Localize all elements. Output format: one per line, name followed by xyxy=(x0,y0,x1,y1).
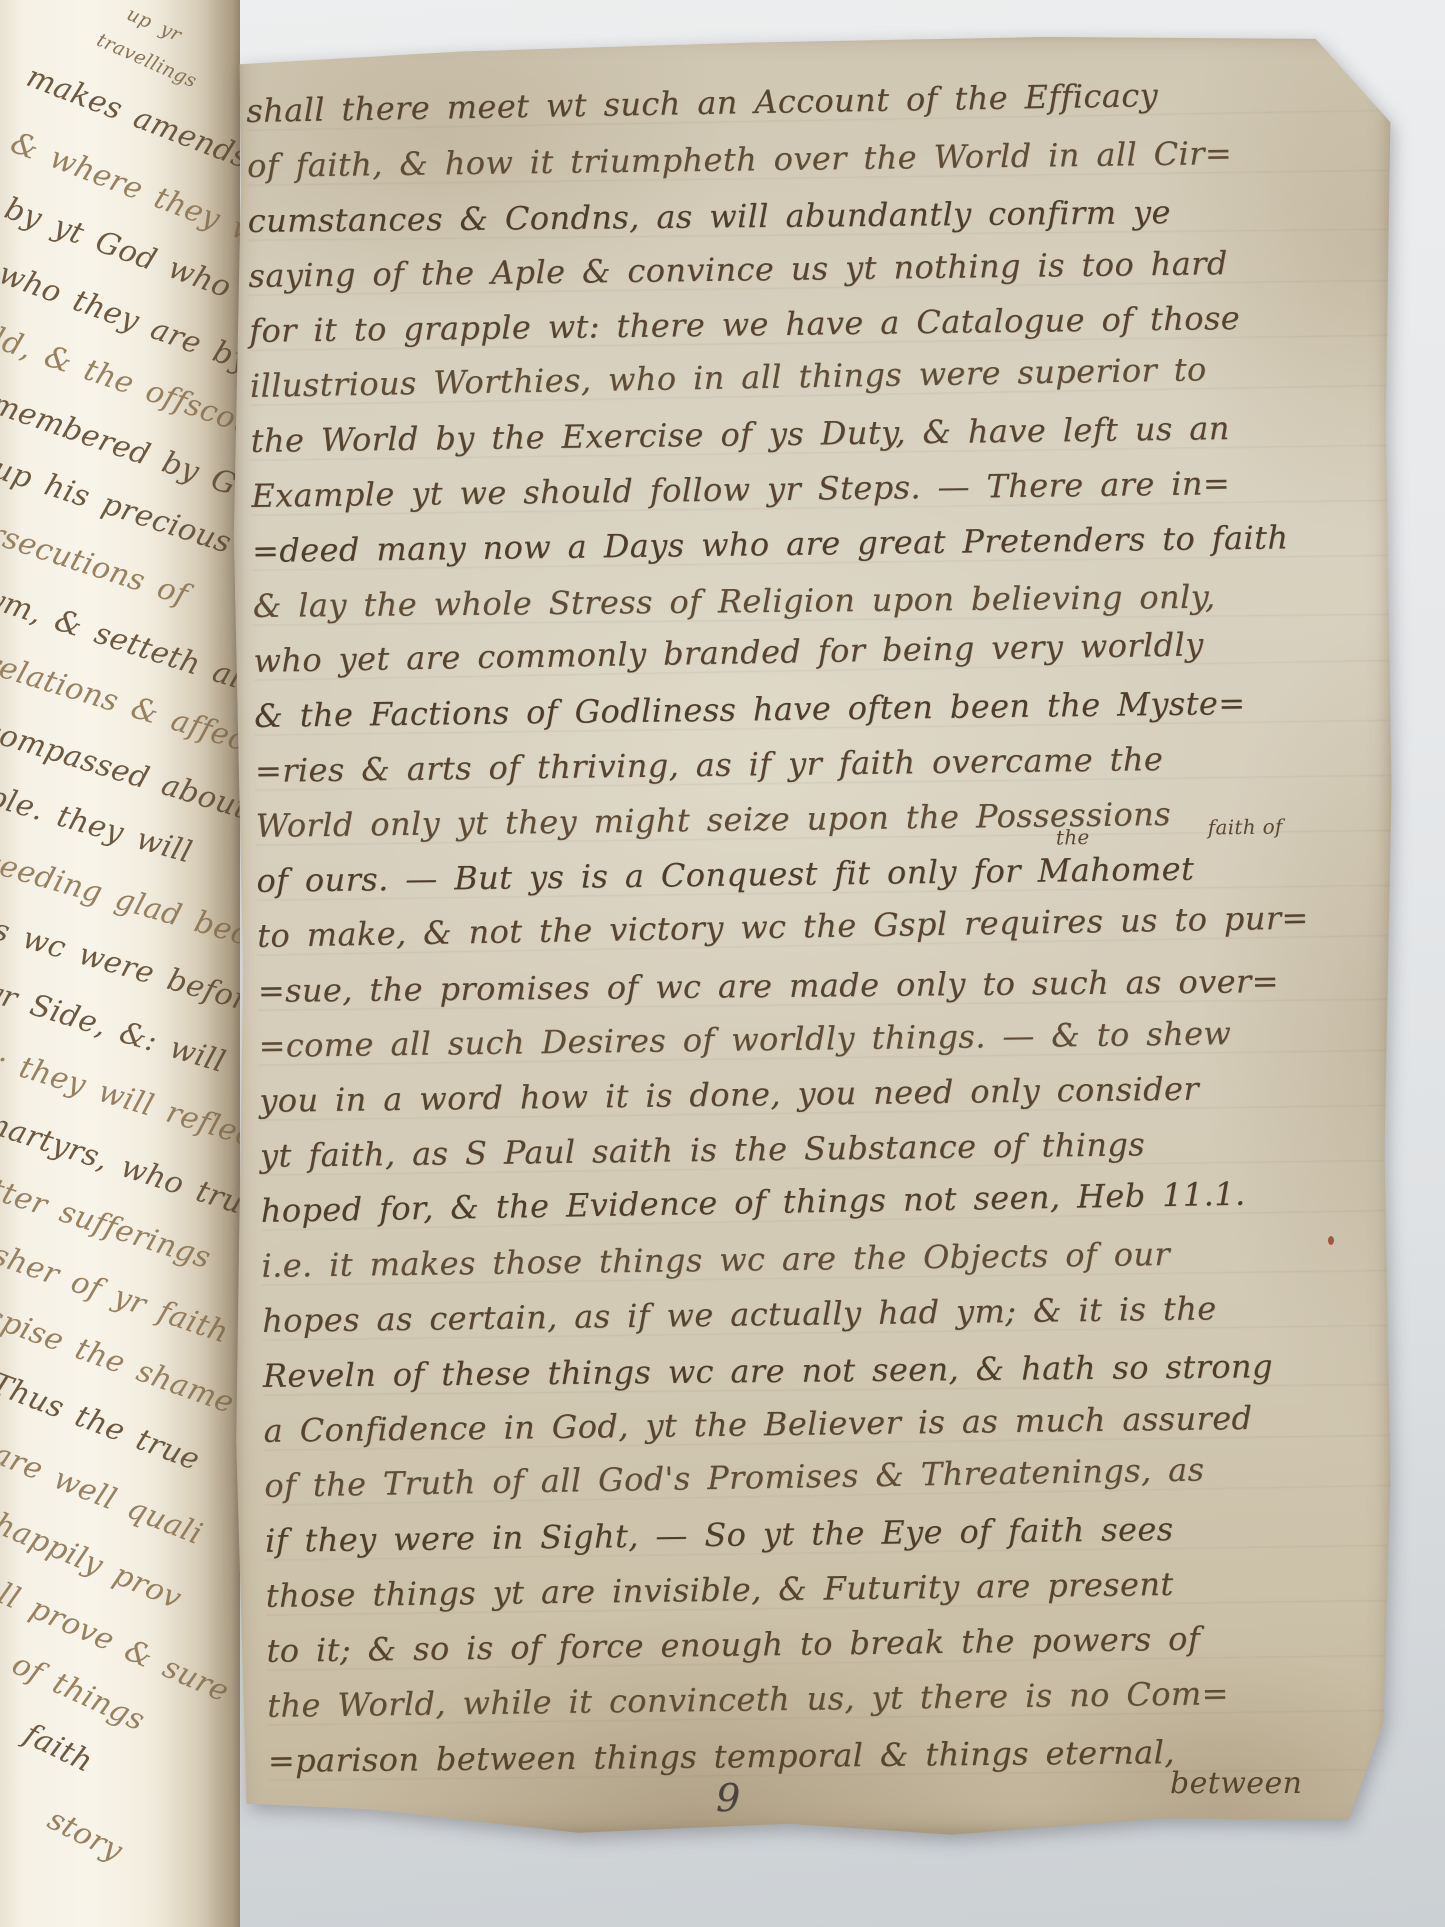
manuscript-line-fragment: ym, & setteth all xyxy=(0,581,240,699)
manuscript-line-fragment: membered by God xyxy=(0,386,240,515)
catchword: between xyxy=(1170,1766,1302,1801)
manuscript-line: cumstances & Condns, as will abundantly … xyxy=(248,183,1388,249)
right-manuscript-page: shall there meet wt such an Account of t… xyxy=(228,28,1395,1840)
left-manuscript-page: up yr travellings makes amends for & whe… xyxy=(0,0,240,1927)
interlinear-insertion: faith of xyxy=(1208,814,1283,839)
manuscript-line-fragment: up yr xyxy=(124,3,185,46)
manuscript-line-fragment: isher of yr faith xyxy=(0,1234,233,1351)
manuscript-line-fragment: & where they will xyxy=(6,125,240,263)
manuscript-line: Reveln of these things wc are not seen, … xyxy=(263,1338,1403,1404)
manuscript-line-fragment: itter sufferings xyxy=(0,1169,215,1276)
manuscript-line-fragment: up his precious xyxy=(0,451,236,561)
manuscript-line-fragment: Thus the true xyxy=(0,1366,205,1478)
manuscript-line-fragment: of things xyxy=(7,1647,151,1739)
manuscript-line-fragment: relations & affecti xyxy=(0,646,240,765)
manuscript-line-fragment: t; they will reflect xyxy=(0,1039,240,1158)
manuscript-line-fragment: ts wc were before xyxy=(0,909,240,1024)
aged-paper-sheet: shall there meet wt such an Account of t… xyxy=(228,28,1395,1840)
manuscript-line-fragment: who they are by ma xyxy=(0,256,240,401)
manuscript-line-fragment: ceeding glad bec xyxy=(0,844,240,953)
manuscript-line-fragment: spise the shame xyxy=(0,1299,239,1421)
manuscript-line-fragment: by yt God who hon xyxy=(0,191,240,330)
manuscript-line-fragment: ple. they will xyxy=(0,779,196,871)
manuscript-line-fragment: ld, & the offscour xyxy=(0,321,240,448)
manuscript-line-fragment: compassed about xyxy=(0,713,240,827)
manuscript-line-fragment: rsecutions of xyxy=(0,516,192,613)
manuscript-line-fragment: happily prov xyxy=(0,1506,187,1616)
manuscript-line-fragment: yr Side, &: will xyxy=(0,974,229,1080)
page-number: 9 xyxy=(716,1776,740,1820)
manuscript-line-fragment: story xyxy=(42,1802,128,1869)
interlinear-insertion: the xyxy=(1056,825,1090,849)
manuscript-text-block: shall there meet wt such an Account of t… xyxy=(246,69,1409,1814)
manuscript-line: =sue, the promises of wc are made only t… xyxy=(258,953,1398,1019)
manuscript-line-fragment: ll prove & sure xyxy=(0,1577,234,1710)
manuscript-line-fragment: are well quali xyxy=(0,1436,207,1552)
manuscript-line-fragment: travellings xyxy=(94,29,201,93)
ink-blot xyxy=(1328,1236,1334,1245)
manuscript-line-fragment: martyrs, who tru xyxy=(0,1104,240,1222)
manuscript-line-fragment: makes amends for xyxy=(22,59,240,197)
manuscript-line-fragment: faith xyxy=(18,1717,98,1780)
